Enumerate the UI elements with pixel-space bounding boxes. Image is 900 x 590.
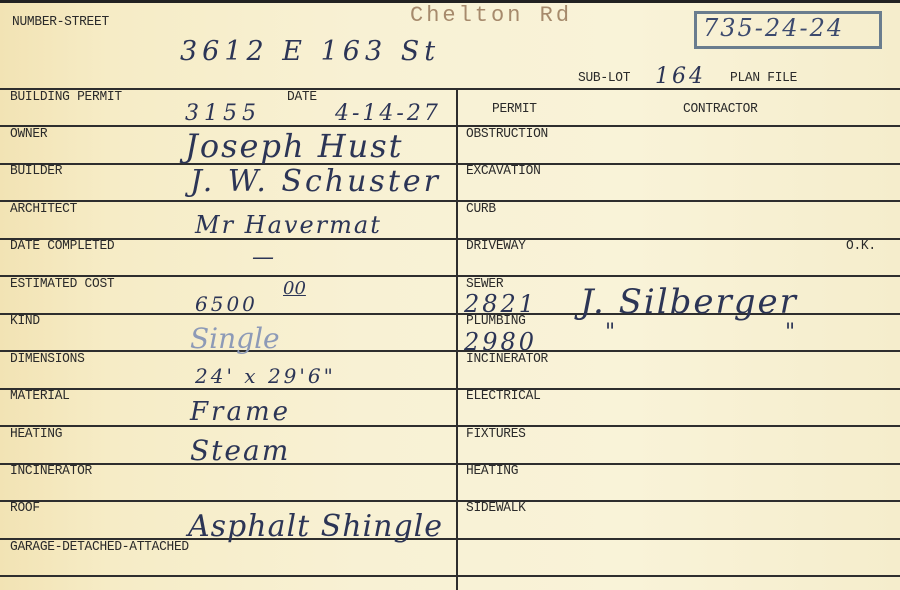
estimated-cost-cents: 00: [283, 280, 306, 298]
file-number: 735-24-24: [697, 14, 879, 42]
row-divider: [0, 163, 900, 165]
curb-label: CURB: [466, 202, 496, 216]
permit-date-value: 4-14-27: [335, 103, 441, 125]
row-divider: [0, 238, 900, 240]
date-completed-value: —: [252, 247, 274, 269]
owner-label: OWNER: [10, 127, 47, 141]
row-divider: [0, 88, 900, 90]
builder-label: BUILDER: [10, 164, 62, 178]
date-completed-label: DATE COMPLETED: [10, 239, 114, 253]
estimated-cost-value: 6500: [195, 294, 258, 314]
date-label: DATE: [287, 90, 317, 104]
row-divider: [0, 125, 900, 127]
plan-file-label: PLAN FILE: [730, 71, 797, 85]
owner-value: Joseph Hust: [185, 130, 404, 162]
plumbing-label: PLUMBING: [466, 314, 526, 328]
building-permit-value: 3155: [185, 103, 261, 125]
file-number-box: 735-24-24: [694, 11, 882, 49]
heating-permit-label: HEATING: [466, 464, 518, 478]
electrical-label: ELECTRICAL: [466, 389, 541, 403]
estimated-cost-label: ESTIMATED COST: [10, 277, 114, 291]
material-label: MATERIAL: [10, 389, 70, 403]
row-divider: [0, 200, 900, 202]
contractor-column-header: CONTRACTOR: [683, 102, 758, 116]
kind-label: KIND: [10, 314, 40, 328]
row-divider: [0, 575, 900, 577]
driveway-label: DRIVEWAY: [466, 239, 526, 253]
kind-value: Single: [190, 325, 280, 353]
roof-label: ROOF: [10, 501, 40, 515]
incinerator-label: INCINERATOR: [10, 464, 92, 478]
sidewalk-label: SIDEWALK: [466, 501, 526, 515]
building-permit-card: NUMBER-STREET Chelton Rd 3612 E 163 St 7…: [0, 0, 900, 590]
incinerator-permit-label: INCINERATOR: [466, 352, 548, 366]
roof-value: Asphalt Shingle: [188, 512, 443, 542]
row-divider: [0, 275, 900, 277]
dimensions-label: DIMENSIONS: [10, 352, 85, 366]
heating-label: HEATING: [10, 427, 62, 441]
row-divider: [0, 425, 900, 427]
sewer-contractor: J. Silberger: [580, 285, 798, 319]
driveway-status: O.K.: [846, 239, 876, 253]
dimensions-value: 24' x 29'6": [195, 366, 336, 386]
architect-label: ARCHITECT: [10, 202, 77, 216]
row-divider: [0, 500, 900, 502]
fixtures-label: FIXTURES: [466, 427, 526, 441]
heating-value: Steam: [190, 437, 290, 465]
building-permit-label: BUILDING PERMIT: [10, 90, 122, 104]
address-handwritten: 3612 E 163 St: [180, 38, 440, 65]
sewer-label: SEWER: [466, 277, 503, 291]
street-name-stamp: Chelton Rd: [410, 5, 572, 27]
architect-value: Mr Havermat: [195, 213, 382, 237]
number-street-label: NUMBER-STREET: [12, 15, 109, 29]
row-divider: [0, 463, 900, 465]
builder-value: J. W. Schuster: [190, 167, 441, 197]
plumbing-ditto-mark: ": [785, 322, 795, 344]
sub-lot-label: SUB-LOT: [578, 71, 630, 85]
material-value: Frame: [190, 399, 291, 425]
row-divider: [0, 388, 900, 390]
column-divider: [456, 88, 458, 590]
sub-lot-value: 164: [655, 66, 706, 88]
garage-label: GARAGE-DETACHED-ATTACHED: [10, 540, 189, 554]
excavation-label: EXCAVATION: [466, 164, 541, 178]
permit-column-header: PERMIT: [492, 102, 537, 116]
obstruction-label: OBSTRUCTION: [466, 127, 548, 141]
row-divider: [0, 350, 900, 352]
plumbing-ditto-mark: ": [605, 322, 615, 344]
